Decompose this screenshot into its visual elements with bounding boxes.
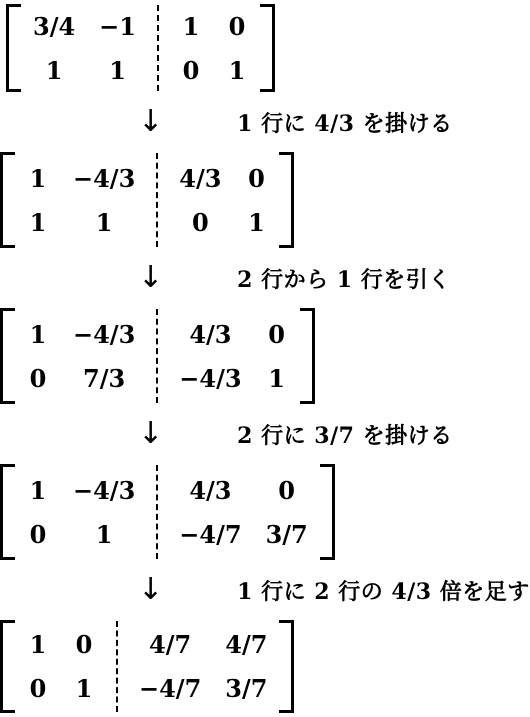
left-bracket: [0, 308, 15, 404]
matrix-cell: −4/3: [61, 468, 147, 512]
matrix-left-block: 1 −4/3 1 1: [15, 156, 147, 244]
matrix-cell: −4/7: [167, 512, 253, 556]
right-bracket: [279, 620, 294, 713]
left-bracket: [0, 620, 15, 713]
operation-label: 1 行に 4/3 を掛ける: [237, 107, 452, 138]
matrix-step-1: 3/4 −1 1 1 1 0 0 1: [6, 2, 275, 94]
operation-label: 2 行から 1 行を引く: [237, 263, 451, 294]
matrix-left-block: 1 0 0 1: [15, 623, 107, 711]
augmented-divider: [157, 5, 159, 91]
matrix-cell: 4/3: [167, 156, 233, 200]
matrix-cell: 0: [15, 356, 61, 400]
right-bracket: [320, 464, 335, 560]
augmented-divider: [116, 621, 118, 712]
matrix-cell: 4/3: [167, 312, 253, 356]
matrix-cell: 1: [15, 200, 61, 244]
operation-label: 1 行に 2 行の 4/3 倍を足す: [237, 575, 530, 606]
down-arrow-icon: ↓: [138, 107, 163, 137]
matrix-cell: −4/3: [167, 356, 253, 400]
matrix-cell: −4/3: [61, 312, 147, 356]
matrix-cell: 0: [61, 623, 107, 667]
left-bracket: [0, 464, 15, 560]
matrix-right-block: 4/3 0 −4/7 3/7: [167, 468, 319, 556]
matrix-cell: 3/7: [213, 667, 279, 711]
matrix-cell: 4/7: [213, 623, 279, 667]
matrix-cell: 0: [168, 48, 214, 92]
right-bracket: [300, 308, 315, 404]
matrix-cell: 3/7: [254, 512, 320, 556]
augmented-divider: [156, 153, 158, 247]
matrix-cell: −4/7: [127, 667, 213, 711]
matrix-cell: −1: [87, 4, 148, 48]
matrix-cell: 0: [233, 156, 279, 200]
matrix-cell: −4/3: [61, 156, 147, 200]
matrix-cell: 0: [15, 512, 61, 556]
matrix-step-3: 1 −4/3 0 7/3 4/3 0 −4/3 1: [0, 306, 315, 406]
matrix-cell: 0: [254, 468, 320, 512]
operation-row-2: ↓ 2 行から 1 行を引く: [0, 250, 530, 306]
matrix-cell: 1: [233, 200, 279, 244]
matrix-cell: 0: [167, 200, 233, 244]
matrix-cell: 1: [61, 667, 107, 711]
matrix-cell: 1: [61, 200, 147, 244]
matrix-step-5: 1 0 0 1 4/7 4/7 −4/7 3/7: [0, 618, 294, 715]
left-bracket: [6, 4, 21, 92]
math-document: 3/4 −1 1 1 1 0 0 1 ↓ 1 行に 4/3 を掛ける: [0, 0, 530, 717]
matrix-step-4: 1 −4/3 0 1 4/3 0 −4/7 3/7: [0, 462, 335, 562]
matrix-cell: 1: [61, 512, 147, 556]
matrix-cell: 0: [254, 312, 300, 356]
matrix-right-block: 1 0 0 1: [168, 4, 260, 92]
matrix-right-block: 4/3 0 −4/3 1: [167, 312, 299, 400]
matrix-cell: 4/3: [167, 468, 253, 512]
right-bracket: [279, 152, 294, 248]
operation-label: 2 行に 3/7 を掛ける: [237, 419, 452, 450]
matrix-left-block: 3/4 −1 1 1: [21, 4, 148, 92]
augmented-divider: [156, 309, 158, 403]
matrix-cell: 1: [214, 48, 260, 92]
matrix-cell: 1: [15, 468, 61, 512]
matrix-left-block: 1 −4/3 0 7/3: [15, 312, 147, 400]
matrix-right-block: 4/7 4/7 −4/7 3/7: [127, 623, 279, 711]
matrix-cell: 0: [15, 667, 61, 711]
operation-row-4: ↓ 1 行に 2 行の 4/3 倍を足す: [0, 562, 530, 618]
matrix-cell: 7/3: [61, 356, 147, 400]
left-bracket: [0, 152, 15, 248]
matrix-cell: 1: [168, 4, 214, 48]
matrix-right-block: 4/3 0 0 1: [167, 156, 279, 244]
matrix-cell: 1: [87, 48, 148, 92]
matrix-cell: 1: [15, 312, 61, 356]
augmented-divider: [156, 465, 158, 559]
operation-row-1: ↓ 1 行に 4/3 を掛ける: [0, 94, 530, 150]
matrix-cell: 1: [254, 356, 300, 400]
matrix-step-2: 1 −4/3 1 1 4/3 0 0 1: [0, 150, 294, 250]
matrix-cell: 0: [214, 4, 260, 48]
operation-row-3: ↓ 2 行に 3/7 を掛ける: [0, 406, 530, 462]
matrix-cell: 1: [21, 48, 87, 92]
down-arrow-icon: ↓: [138, 419, 163, 449]
matrix-cell: 4/7: [127, 623, 213, 667]
down-arrow-icon: ↓: [138, 575, 163, 605]
matrix-cell: 3/4: [21, 4, 87, 48]
right-bracket: [260, 4, 275, 92]
matrix-left-block: 1 −4/3 0 1: [15, 468, 147, 556]
down-arrow-icon: ↓: [138, 263, 163, 293]
matrix-cell: 1: [15, 623, 61, 667]
matrix-cell: 1: [15, 156, 61, 200]
